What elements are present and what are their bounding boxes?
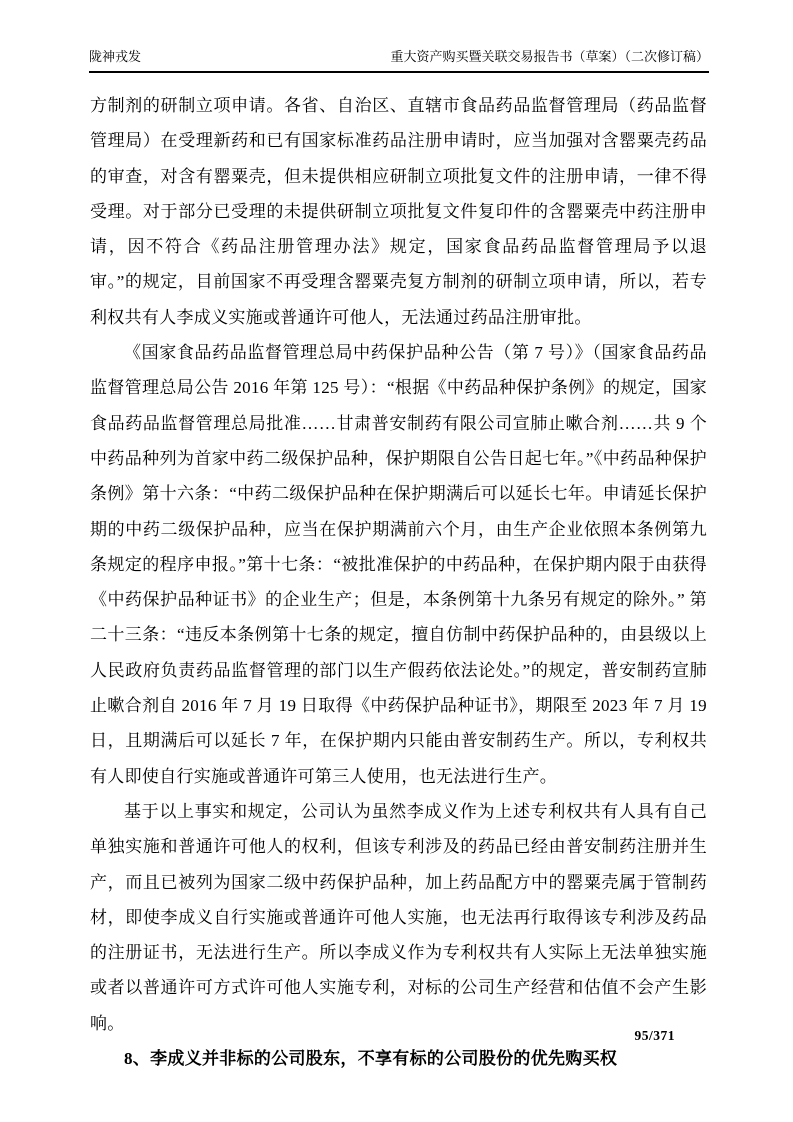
body-paragraph-continuation: 方制剂的研制立项申请。各省、自治区、直辖市食品药品监督管理局（药品监督管理局）在… (90, 88, 707, 335)
page-header: 陇神戎发 重大资产购买暨关联交易报告书（草案）（二次修订稿） (89, 48, 709, 73)
section-heading: 8、李成义并非标的公司股东，不享有标的公司股份的优先购买权 (90, 1041, 707, 1076)
header-report-title: 重大资产购买暨关联交易报告书（草案）（二次修订稿） (390, 48, 709, 66)
document-body: 方制剂的研制立项申请。各省、自治区、直辖市食品药品监督管理局（药品监督管理局）在… (90, 88, 707, 1076)
body-paragraph-conclusion: 基于以上事实和规定，公司认为虽然李成义作为上述专利权共有人具有自己单独实施和普通… (90, 794, 707, 1041)
document-page: 陇神戎发 重大资产购买暨关联交易报告书（草案）（二次修订稿） 方制剂的研制立项申… (0, 0, 793, 1122)
body-paragraph-announcement: 《国家食品药品监督管理总局中药保护品种公告（第 7 号）》（国家食品药品监督管理… (90, 335, 707, 794)
page-number: 95/371 (634, 1028, 675, 1044)
header-company-name: 陇神戎发 (89, 48, 141, 66)
